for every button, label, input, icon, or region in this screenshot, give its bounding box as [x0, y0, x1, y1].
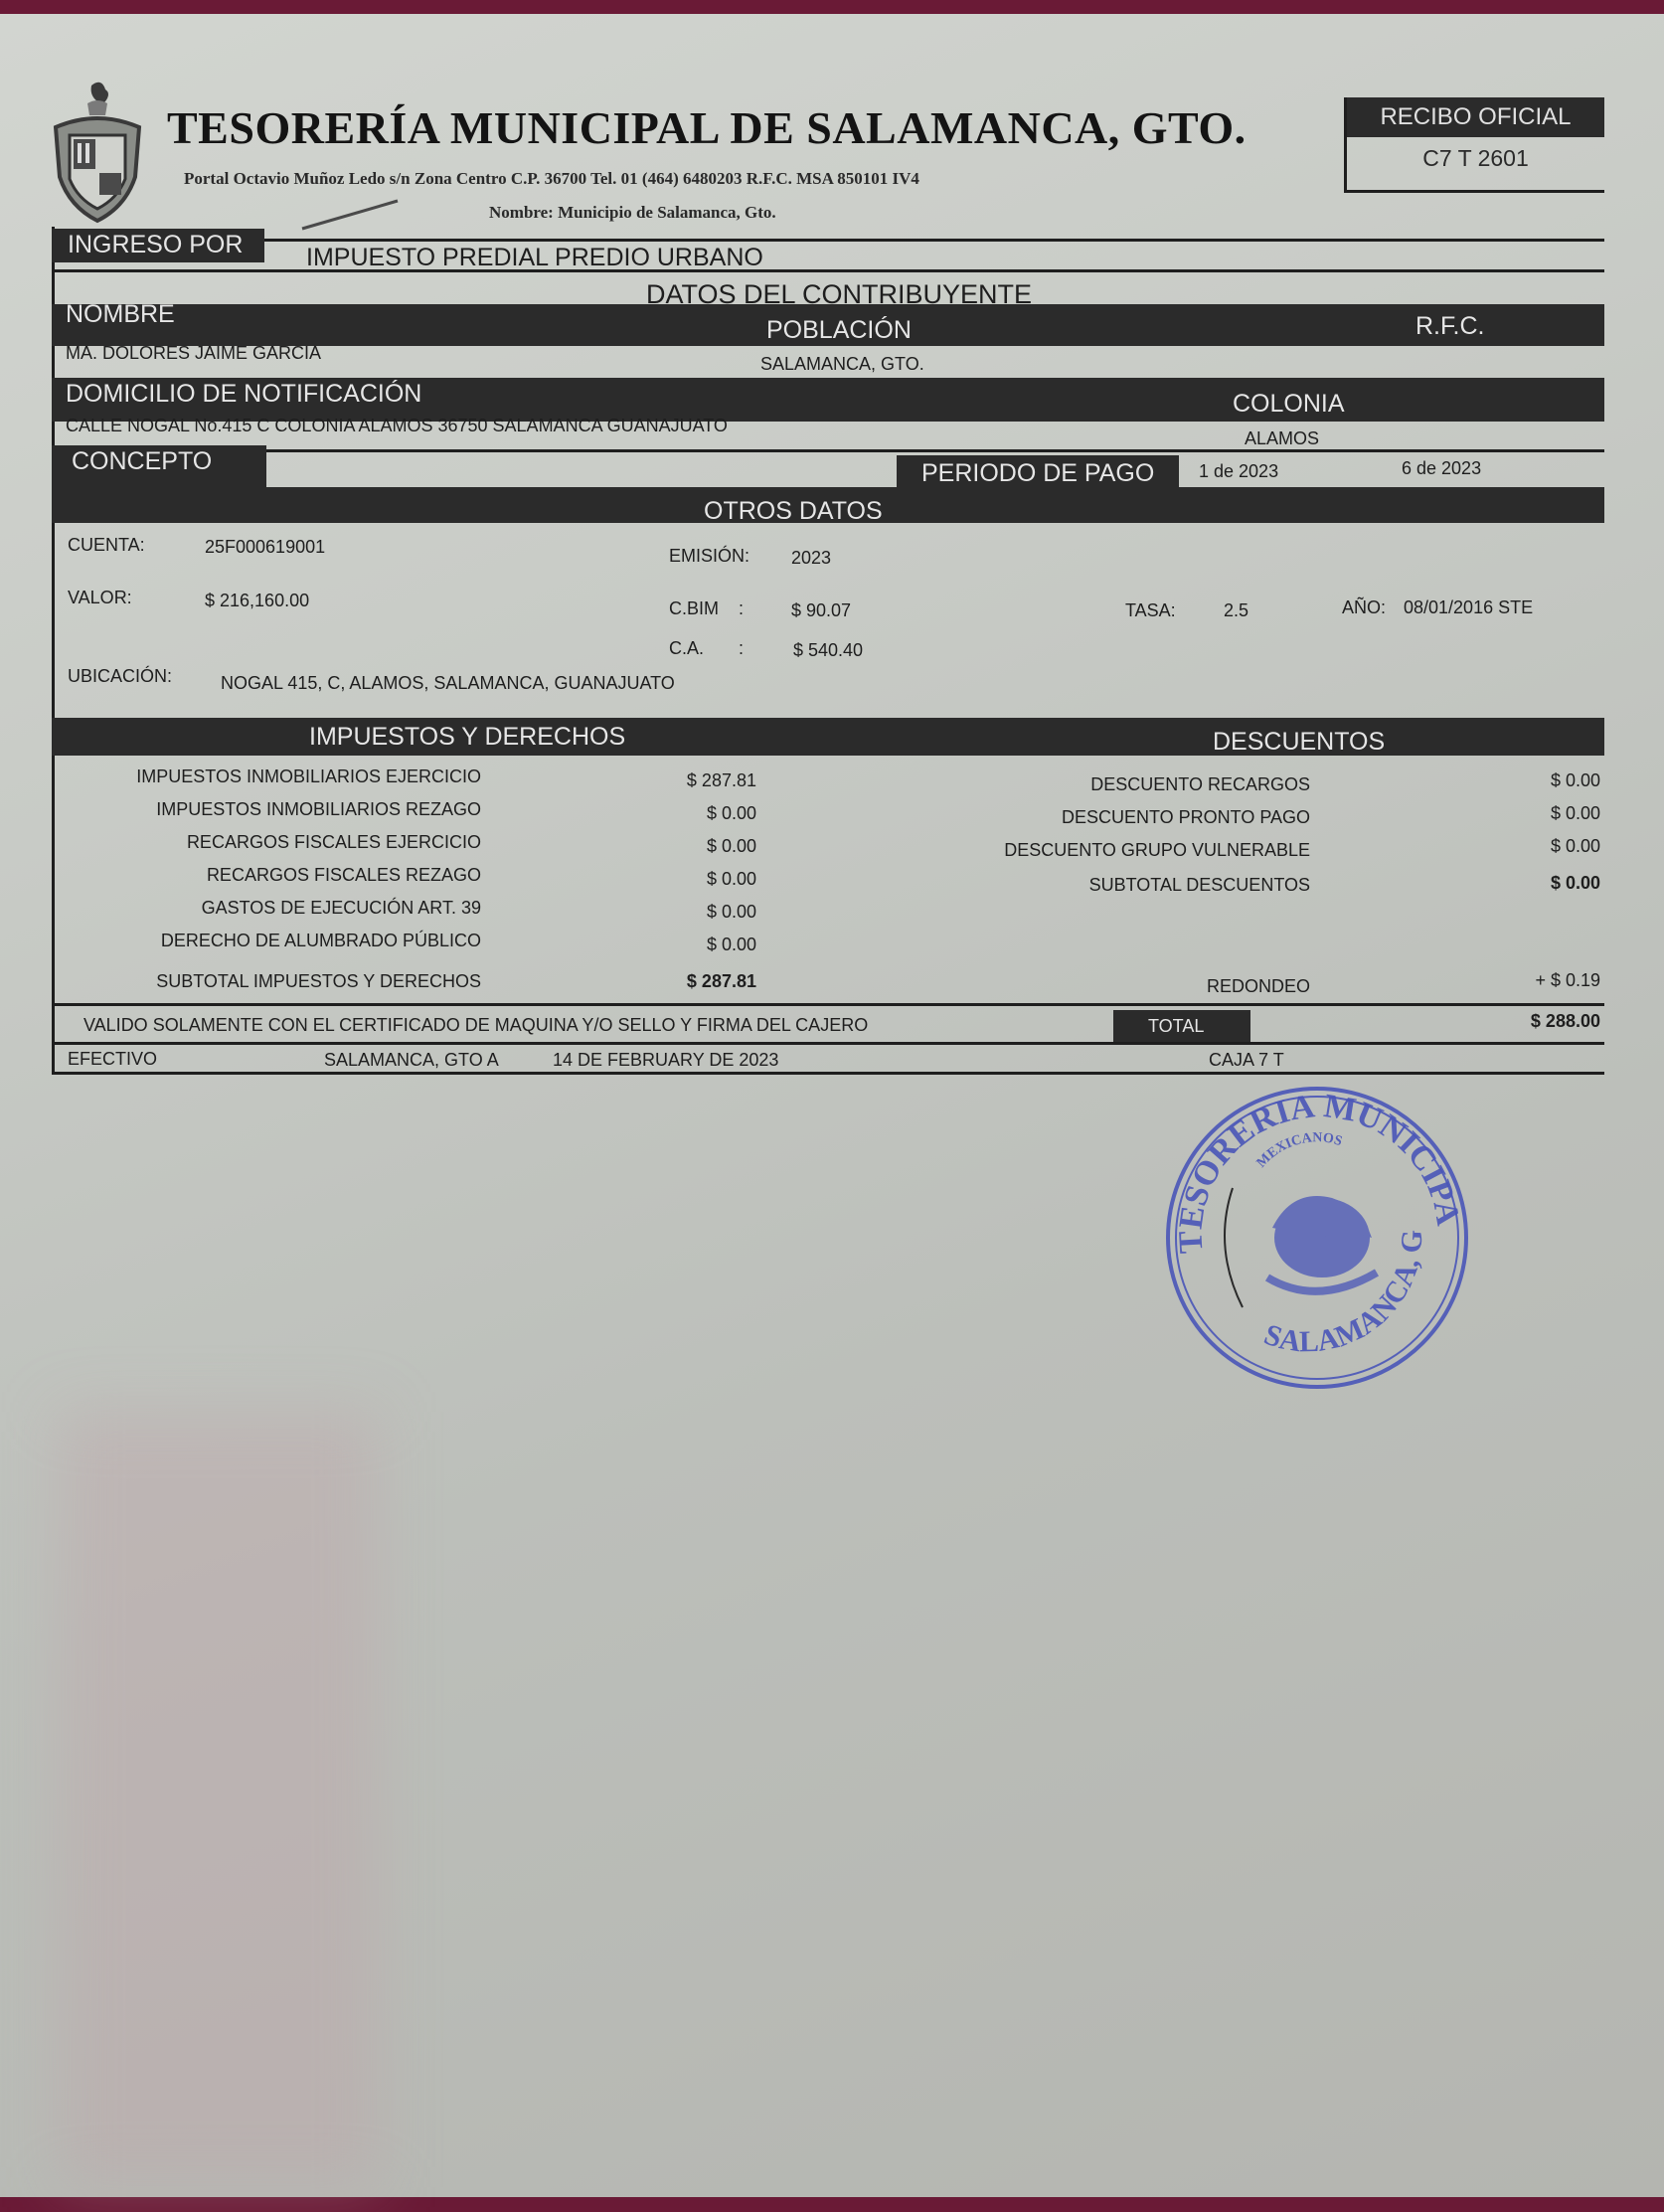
validity-note: VALIDO SOLAMENTE CON EL CERTIFICADO DE M…: [83, 1015, 868, 1036]
descuento-item-label: DESCUENTO PRONTO PAGO: [1062, 807, 1310, 828]
impuesto-item-label: DERECHO DE ALUMBRADO PÚBLICO: [161, 931, 481, 951]
tasa-value: 2.5: [1224, 600, 1248, 621]
domicilio-value: CALLE NOGAL No.415 C COLONIA ALAMOS 3675…: [66, 416, 728, 436]
cbim-value: $ 90.07: [791, 600, 851, 621]
impuesto-item-amount: $ 0.00: [707, 935, 756, 955]
ingreso-label: INGRESO POR: [68, 231, 243, 259]
emision-label: EMISIÓN:: [669, 546, 749, 567]
municipal-coat-of-arms-icon: [48, 78, 147, 227]
emision-value: 2023: [791, 548, 831, 569]
cbim-label: C.BIM: [669, 598, 719, 619]
descuento-item-amount: $ 0.00: [1551, 803, 1600, 824]
caja: CAJA 7 T: [1209, 1050, 1284, 1071]
rule: [264, 239, 1604, 242]
cuenta-label: CUENTA:: [68, 535, 145, 556]
descuentos-subtotal-label: SUBTOTAL DESCUENTOS: [1089, 875, 1310, 896]
impuestos-subtotal-amount: $ 287.81: [687, 971, 756, 992]
payment-place: SALAMANCA, GTO A: [324, 1050, 499, 1071]
impuesto-item-label: IMPUESTOS INMOBILIARIOS EJERCICIO: [136, 766, 481, 787]
descuento-item-label: DESCUENTO GRUPO VULNERABLE: [1004, 840, 1310, 861]
colonia-label: COLONIA: [1233, 390, 1345, 419]
poblacion-value: SALAMANCA, GTO.: [760, 354, 924, 375]
paper-shadow: [60, 1412, 378, 2187]
impuesto-item-amount: $ 0.00: [707, 869, 756, 890]
anio-value: 08/01/2016 STE: [1404, 597, 1533, 618]
total-amount: $ 288.00: [1531, 1011, 1600, 1032]
impuesto-item-label: RECARGOS FISCALES EJERCICIO: [187, 832, 481, 853]
descuentos-section-title: DESCUENTOS: [1213, 728, 1385, 757]
cuenta-value: 25F000619001: [205, 537, 325, 558]
treasury-title: TESORERÍA MUNICIPAL DE SALAMANCA, GTO.: [167, 101, 1247, 154]
otros-datos-title: OTROS DATOS: [704, 497, 883, 526]
treasury-address: Portal Octavio Muñoz Ledo s/n Zona Centr…: [184, 169, 919, 189]
impuesto-item-amount: $ 0.00: [707, 836, 756, 857]
ca-value: $ 540.40: [793, 640, 863, 661]
impuesto-item-amount: $ 0.00: [707, 902, 756, 923]
descuento-item-label: DESCUENTO RECARGOS: [1090, 774, 1310, 795]
ca-colon: :: [739, 638, 744, 659]
descuento-item-amount: $ 0.00: [1551, 770, 1600, 791]
valor-label: VALOR:: [68, 588, 132, 608]
ubicacion-label: UBICACIÓN:: [68, 666, 172, 687]
receipt-number: C7 T 2601: [1347, 145, 1604, 172]
colonia-value: ALAMOS: [1245, 428, 1319, 449]
anio-label: AÑO:: [1342, 597, 1386, 618]
impuesto-item-amount: $ 287.81: [687, 770, 756, 791]
impuestos-subtotal-label: SUBTOTAL IMPUESTOS Y DERECHOS: [156, 971, 481, 992]
ingreso-value: IMPUESTO PREDIAL PREDIO URBANO: [306, 244, 763, 272]
rule: [52, 1042, 1604, 1045]
domicilio-label: DOMICILIO DE NOTIFICACIÓN: [66, 380, 421, 409]
mexican-eagle-seal-icon: TESORERIA MUNICIPAL SALAMANCA, GTO. MEXI…: [1153, 1079, 1481, 1397]
total-label: TOTAL: [1148, 1016, 1204, 1037]
poblacion-label: POBLACIÓN: [766, 316, 912, 345]
rfc-label: R.F.C.: [1415, 312, 1484, 341]
ca-label: C.A.: [669, 638, 704, 659]
rule: [52, 269, 1604, 272]
valor-value: $ 216,160.00: [205, 591, 309, 611]
periodo-label: PERIODO DE PAGO: [921, 459, 1154, 488]
redondeo-label: REDONDEO: [1207, 976, 1310, 997]
payment-method: EFECTIVO: [68, 1049, 157, 1070]
rule: [52, 1072, 1604, 1075]
form-left-border: [52, 227, 55, 1075]
ubicacion-value: NOGAL 415, C, ALAMOS, SALAMANCA, GUANAJU…: [221, 673, 675, 694]
rule: [52, 1003, 1604, 1006]
impuesto-item-label: RECARGOS FISCALES REZAGO: [207, 865, 481, 886]
impuesto-item-label: IMPUESTOS INMOBILIARIOS REZAGO: [156, 799, 481, 820]
cbim-colon: :: [739, 598, 744, 619]
periodo-hasta: 6 de 2023: [1402, 458, 1481, 479]
tasa-label: TASA:: [1125, 600, 1176, 621]
pen-mark: [300, 199, 400, 231]
periodo-desde: 1 de 2023: [1199, 461, 1278, 482]
official-receipt-box: RECIBO OFICIAL C7 T 2601: [1344, 97, 1604, 193]
impuesto-item-amount: $ 0.00: [707, 803, 756, 824]
nombre-value: MA. DOLORES JAIME GARCIA: [66, 343, 321, 364]
municipality-name: Nombre: Municipio de Salamanca, Gto.: [489, 203, 776, 223]
impuesto-item-label: GASTOS DE EJECUCIÓN ART. 39: [202, 898, 481, 919]
payment-date: 14 DE FEBRUARY DE 2023: [553, 1050, 778, 1071]
impuestos-section-title: IMPUESTOS Y DERECHOS: [309, 723, 625, 752]
rule: [52, 449, 1604, 452]
concepto-label: CONCEPTO: [72, 447, 212, 476]
descuentos-subtotal-amount: $ 0.00: [1551, 873, 1600, 894]
redondeo-amount: + $ 0.19: [1535, 970, 1600, 991]
descuento-item-amount: $ 0.00: [1551, 836, 1600, 857]
nombre-label: NOMBRE: [66, 300, 175, 329]
official-receipt-label: RECIBO OFICIAL: [1347, 97, 1604, 137]
